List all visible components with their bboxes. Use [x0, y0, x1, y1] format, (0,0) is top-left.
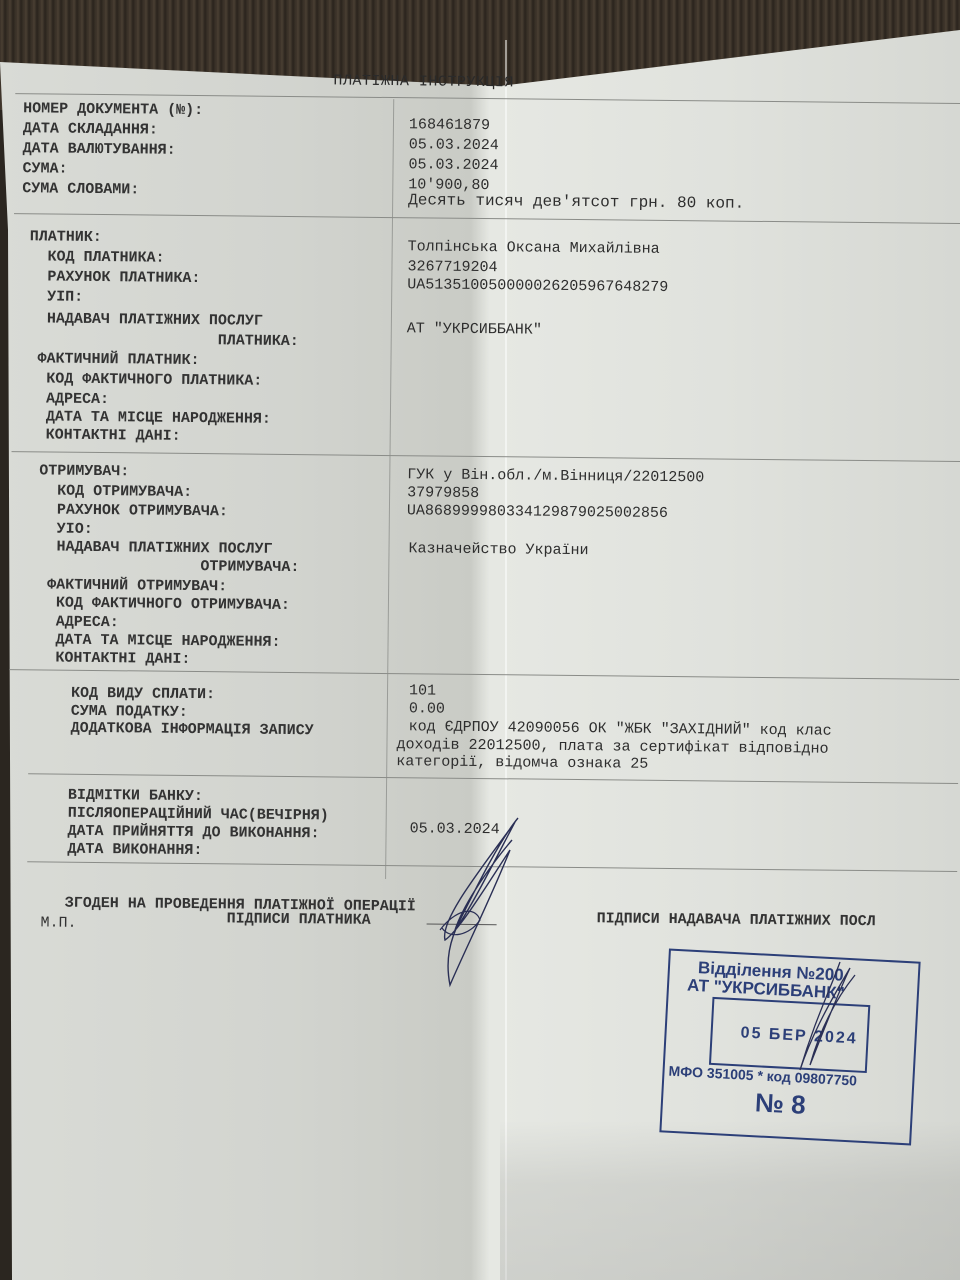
- payer-signature-label: ПІДПИСИ ПЛАТНИКА: [227, 909, 371, 930]
- label: УІО:: [39, 519, 93, 539]
- payer-name: Толпінська Оксана Михайлівна: [408, 237, 660, 259]
- handwritten-signature: [420, 810, 540, 990]
- label: КОНТАКТНІ ДАНІ:: [28, 425, 181, 446]
- payer-provider: АТ "УКРСИББАНК": [407, 319, 542, 339]
- value-date: 05.03.2024: [408, 155, 498, 175]
- label: ФАКТИЧНИЙ ПЛАТНИК:: [28, 349, 199, 370]
- divider: [14, 213, 960, 224]
- recipient-account: UA868999980334129879025002856: [407, 501, 668, 523]
- recipient-provider: Казначейство України: [408, 539, 588, 560]
- seal-place: М.П.: [40, 913, 76, 932]
- payer-account: UA513510050000026205967648279: [407, 275, 668, 297]
- label-additional-info: ДОДАТКОВА ІНФОРМАЦІЯ ЗАПИСУ: [71, 719, 314, 741]
- label: КОД ФАКТИЧНОГО ОТРИМУВАЧА:: [38, 593, 290, 615]
- label-amount-words: СУМА СЛОВАМИ:: [22, 179, 139, 199]
- label: ПЛАТНИК:: [30, 227, 102, 247]
- tax-amount: 0.00: [409, 699, 445, 718]
- label: УІП:: [29, 287, 83, 307]
- divider: [9, 669, 959, 680]
- label: ОТРИМУВАЧА:: [38, 555, 299, 577]
- label-exec-date: ДАТА ВИКОНАННЯ:: [67, 840, 202, 860]
- label: РАХУНОК ПЛАТНИКА:: [29, 267, 200, 288]
- label-amount: СУМА:: [22, 159, 67, 178]
- amount-words: Десять тисяч дев'ятсот грн. 80 коп.: [408, 191, 744, 214]
- recipient-code: 37979858: [407, 483, 479, 503]
- label: КОД ПЛАТНИКА:: [29, 247, 164, 267]
- label-date-created: ДАТА СКЛАДАННЯ:: [23, 119, 158, 139]
- payer-code: 3267719204: [407, 257, 497, 277]
- label: КОД ФАКТИЧНОГО ПЛАТНИКА:: [28, 369, 262, 390]
- divider: [28, 773, 958, 784]
- label: ПЛАТНИКА:: [29, 329, 299, 351]
- document-title: ПЛАТІЖНА ІНСТРУКЦІЯ: [333, 72, 514, 91]
- divider: [12, 451, 960, 462]
- stamp-signature: [780, 960, 860, 1080]
- payment-type-code: 101: [409, 681, 436, 700]
- date-created: 05.03.2024: [409, 135, 499, 155]
- provider-signature-label: ПІДПИСИ НАДАВАЧА ПЛАТІЖНИХ ПОСЛ: [597, 909, 876, 931]
- label: АДРЕСА:: [28, 389, 109, 409]
- label: КОД ОТРИМУВАЧА:: [39, 481, 192, 502]
- label: АДРЕСА:: [38, 612, 119, 632]
- stamp-number: № 8: [754, 1087, 806, 1121]
- label: РАХУНОК ОТРИМУВАЧА:: [39, 500, 228, 521]
- additional-info-line: категорії, відомча ознака 25: [396, 752, 648, 774]
- label: ОТРИМУВАЧ:: [39, 461, 129, 481]
- label-value-date: ДАТА ВАЛЮТУВАННЯ:: [23, 139, 176, 160]
- label: НАДАВАЧ ПЛАТІЖНИХ ПОСЛУГ: [29, 309, 263, 330]
- label: КОНТАКТНІ ДАНІ:: [37, 648, 190, 669]
- label-doc-number: НОМЕР ДОКУМЕНТА (№):: [23, 99, 203, 120]
- doc-number: 168461879: [409, 115, 490, 135]
